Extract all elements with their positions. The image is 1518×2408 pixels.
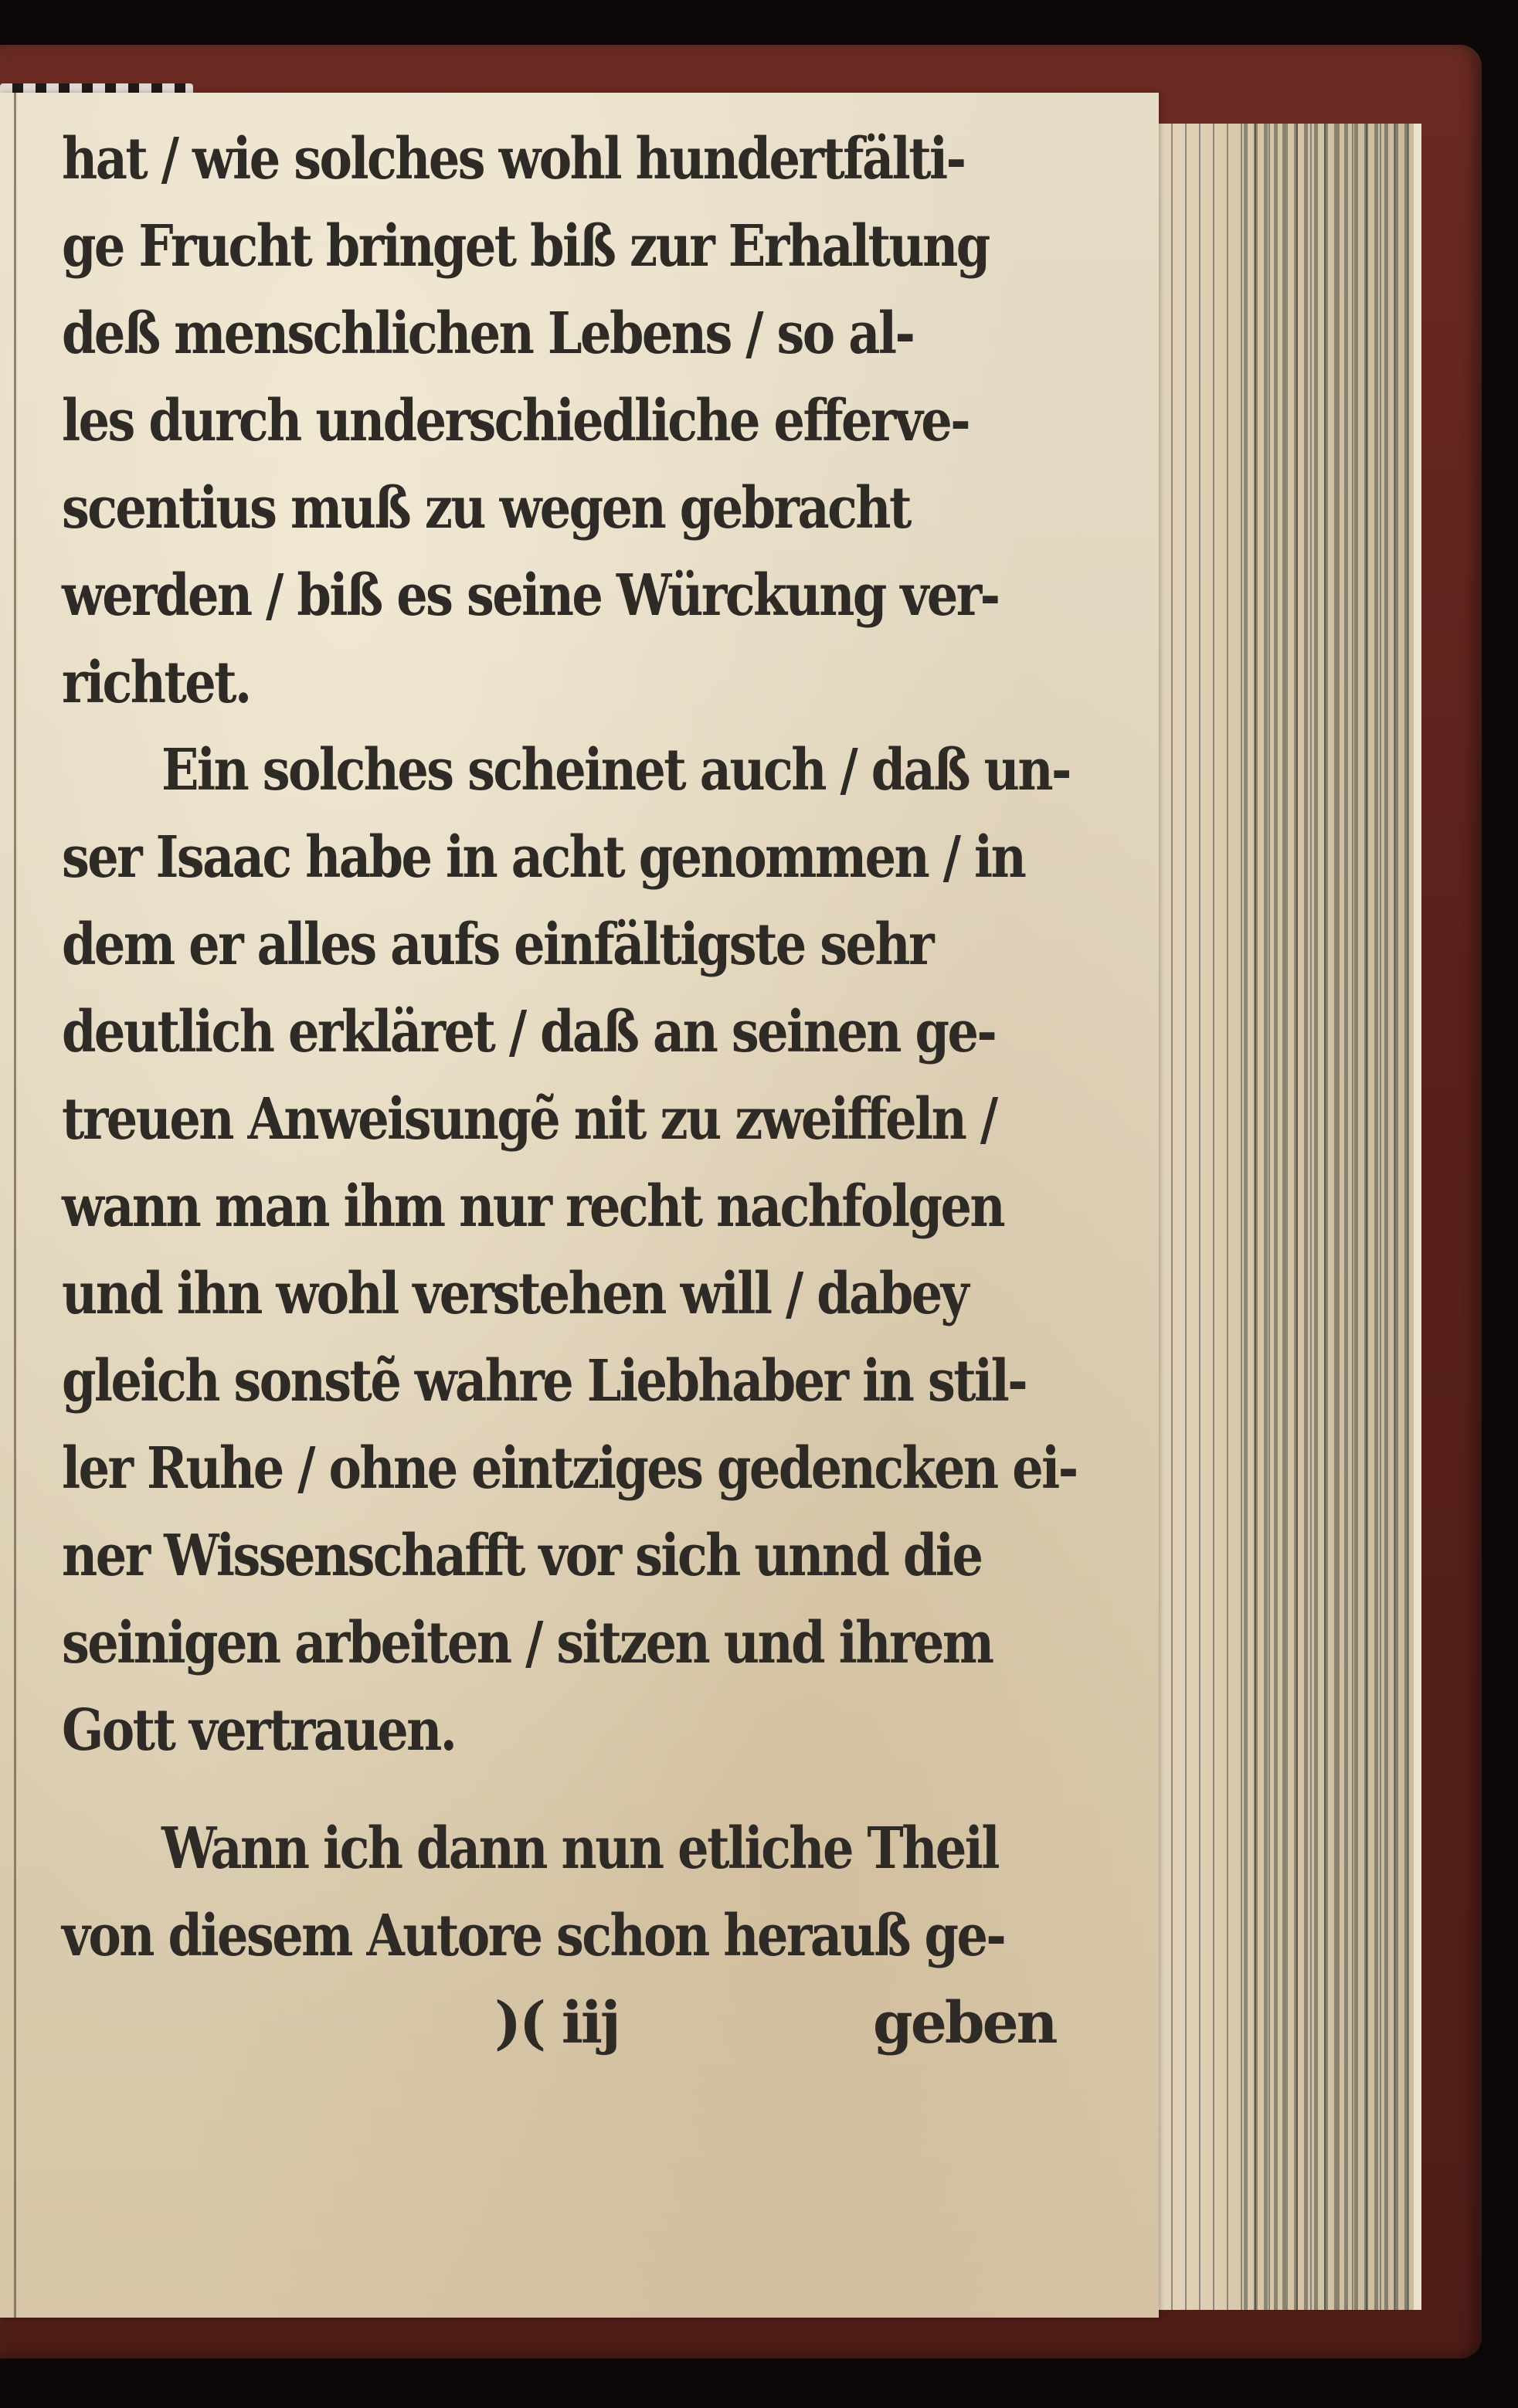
text-line: gleich sonstẽ wahre Liebhaber in stil-	[62, 1338, 946, 1425]
signature-mark: )( iij	[494, 1980, 619, 2067]
paragraph-2: Ein solches scheinet auch / daß un- ser …	[62, 727, 1089, 1775]
paragraph-1: hat / wie solches wohl hundertfälti- ge …	[62, 116, 1089, 727]
text-line: dem er alles aufs einfältigste sehr	[62, 902, 946, 989]
catchword: geben	[873, 1980, 1055, 2067]
text-line: deutlich erkläret / daß an seinen ge-	[62, 989, 946, 1076]
text-line: ser Isaac habe in acht genommen / in	[62, 814, 946, 902]
text-line: von diesem Autore schon herauß ge-	[62, 1893, 946, 1980]
paragraph-3: Wann ich dann nun etliche Theil von dies…	[62, 1805, 1089, 1980]
text-line: richtet.	[62, 640, 946, 727]
text-line: deß menschlichen Lebens / so al-	[62, 290, 946, 378]
text-line: scentius muß zu wegen gebracht	[62, 465, 946, 552]
text-line: und ihn wohl verstehen will / dabey	[62, 1251, 946, 1338]
page-footer: )( iij geben	[62, 1980, 1089, 2067]
book-page: hat / wie solches wohl hundertfälti- ge …	[0, 93, 1159, 2318]
text-line: ner Wissenschafft vor sich unnd die	[62, 1513, 946, 1600]
text-line: Gott vertrauen.	[62, 1687, 946, 1775]
text-line: ge Frucht bringet biß zur Erhaltung	[62, 203, 946, 290]
text-line: Ein solches scheinet auch / daß un-	[62, 727, 946, 814]
text-line: Wann ich dann nun etliche Theil	[62, 1805, 946, 1893]
text-line: ler Ruhe / ohne eintziges gedencken ei-	[62, 1425, 946, 1513]
page-text: hat / wie solches wohl hundertfälti- ge …	[62, 116, 1089, 2067]
text-line: les durch underschiedliche efferve-	[62, 378, 946, 465]
text-line: werden / biß es seine Würckung ver-	[62, 552, 946, 640]
gutter-line	[14, 93, 16, 2318]
text-line: wann man ihm nur recht nachfolgen	[62, 1163, 946, 1251]
page-fore-edge	[1151, 124, 1421, 2310]
text-line: seinigen arbeiten / sitzen und ihrem	[62, 1600, 946, 1687]
paragraph-gap	[62, 1775, 1089, 1805]
text-line: treuen Anweisungẽ nit zu zweiffeln /	[62, 1076, 946, 1163]
text-line: hat / wie solches wohl hundertfälti-	[62, 116, 946, 203]
